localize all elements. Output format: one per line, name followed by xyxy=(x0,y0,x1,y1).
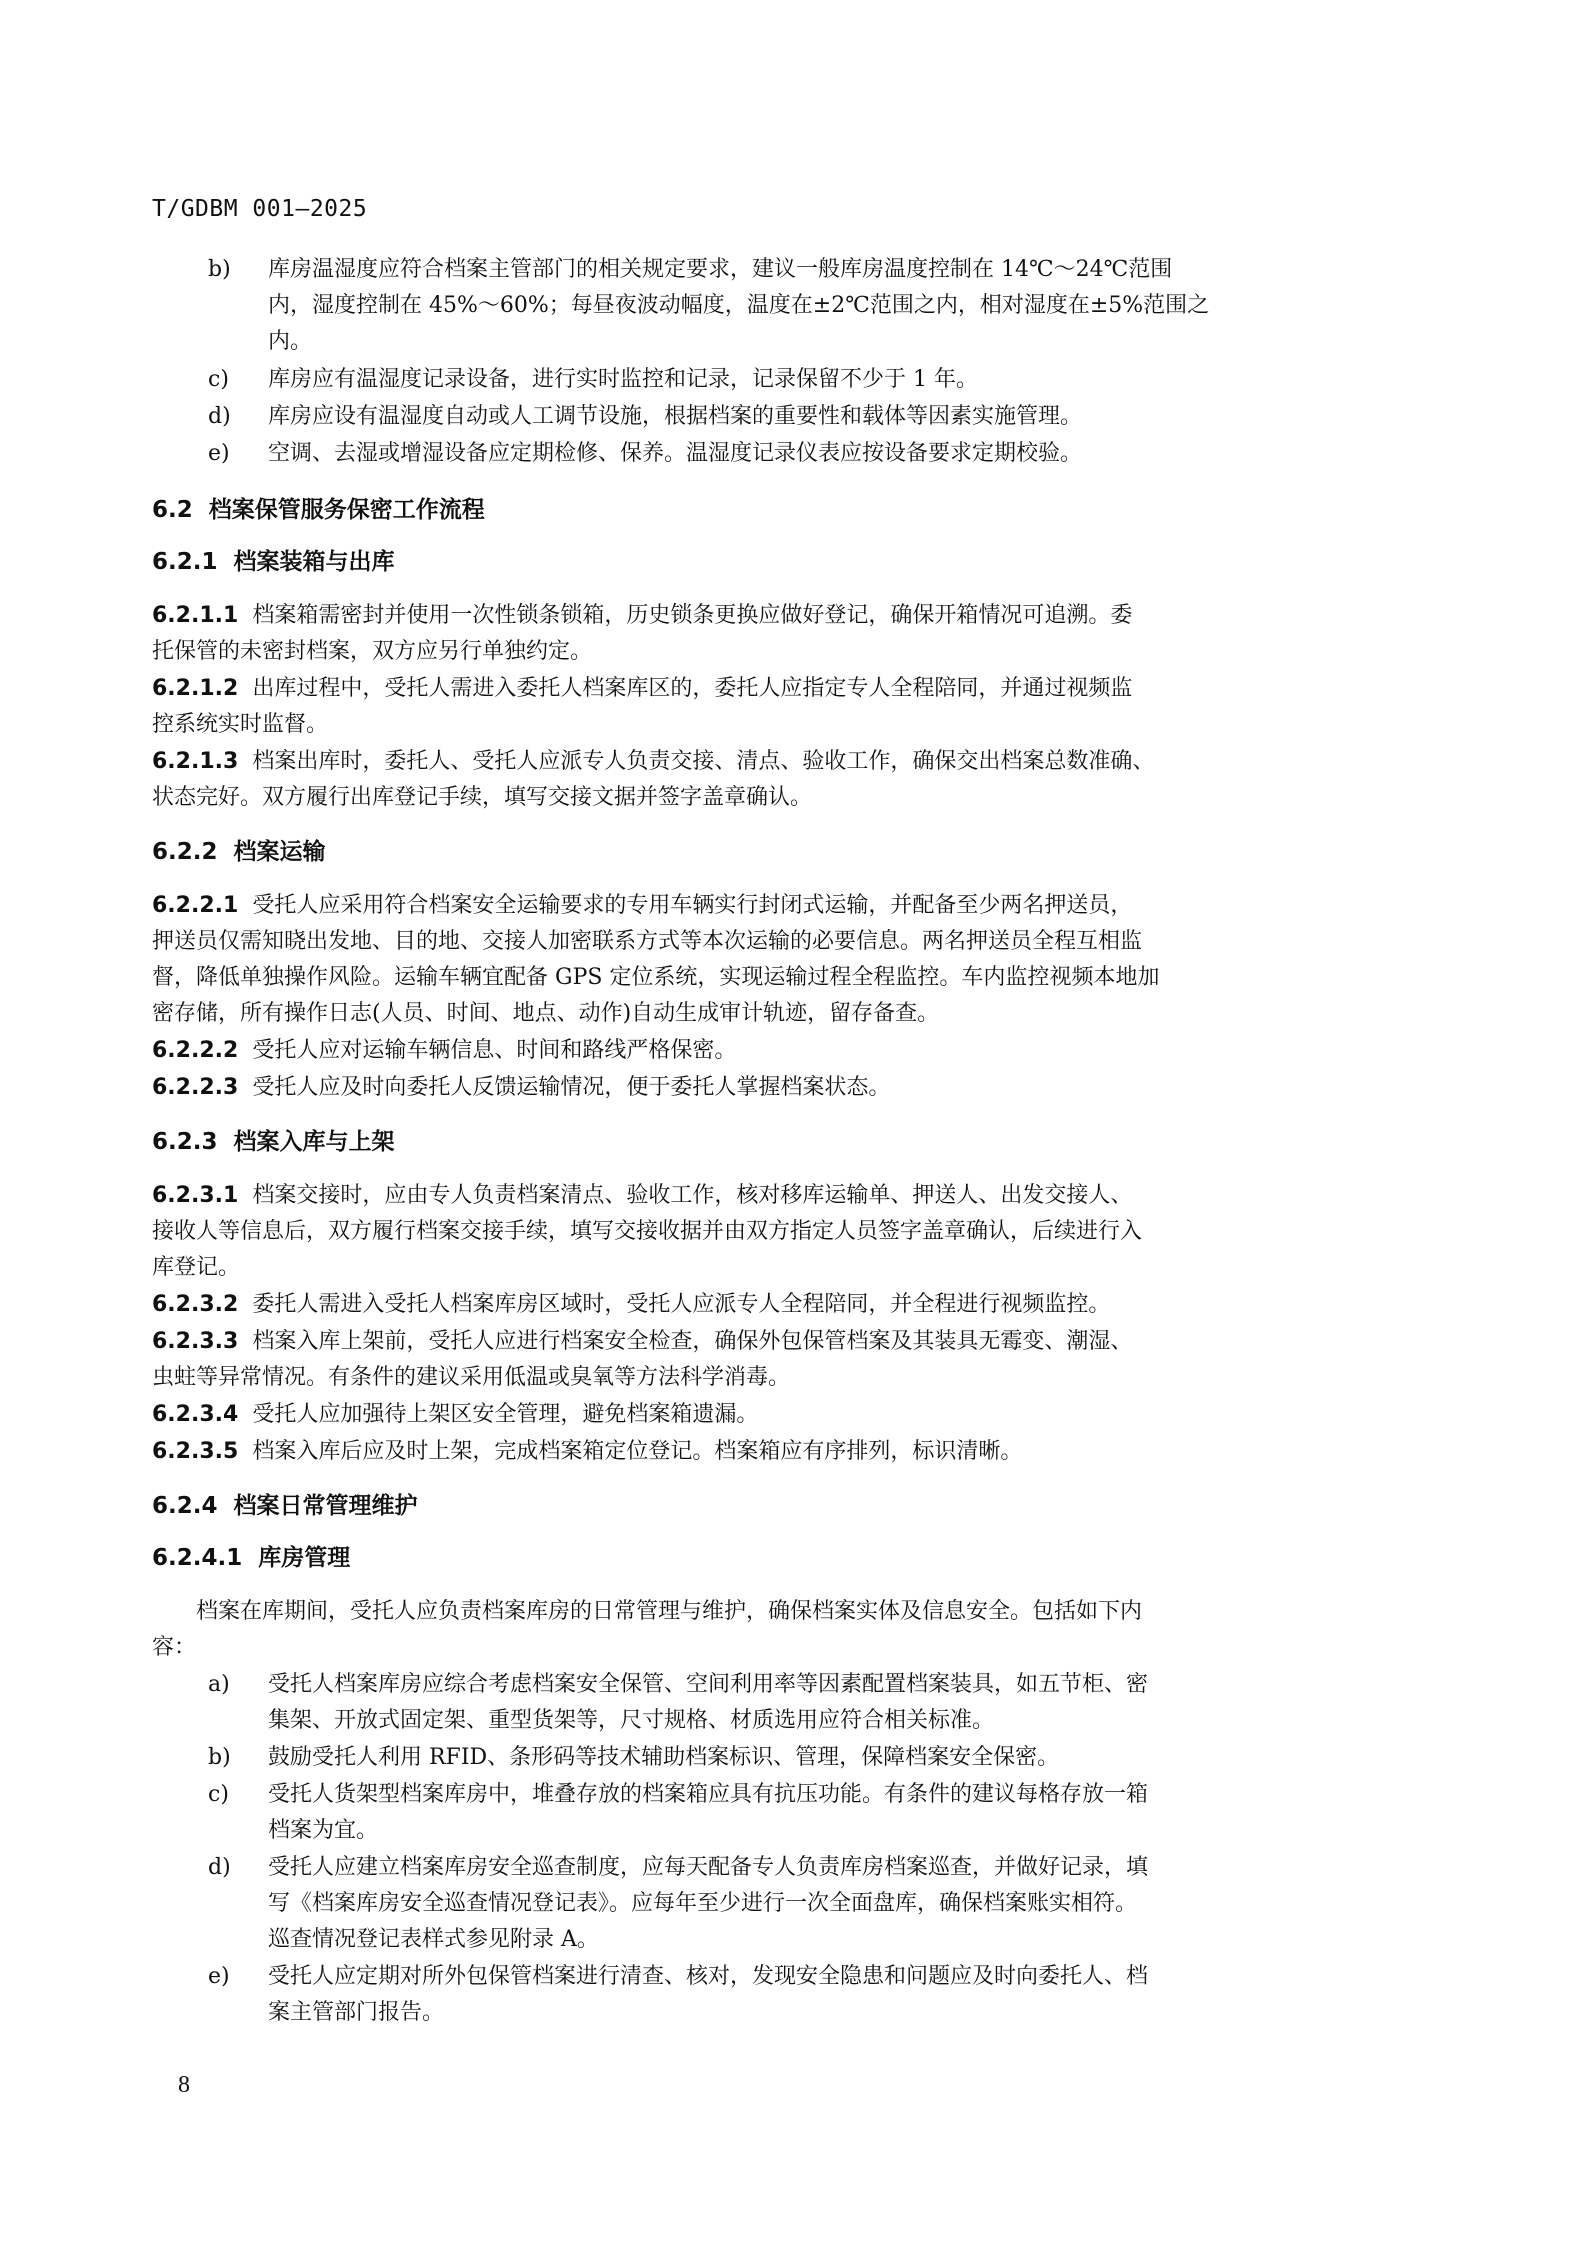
list-item-label: c) xyxy=(208,1777,229,1813)
paragraph-6-2-2-3: 6.2.2.3 受托人应及时向委托人反馈运输情况，便于委托人掌握档案状态。 xyxy=(152,1070,890,1106)
list-item-text: 档案为宜。 xyxy=(268,1813,378,1849)
paragraph-line: 督，降低单独操作风险。运输车辆宜配备 GPS 定位系统，实现运输过程全程监控。车… xyxy=(152,960,1159,996)
paragraph-line: 控系统实时监督。 xyxy=(152,707,328,743)
paragraph-line: 虫蛀等异常情况。有条件的建议采用低温或臭氧等方法科学消毒。 xyxy=(152,1360,790,1396)
list-item-label: c) xyxy=(208,362,229,398)
paragraph-6-2-1-3: 6.2.1.3 档案出库时，委托人、受托人应派专人负责交接、清点、验收工作，确保… xyxy=(152,744,1154,780)
section-heading-6-2-1: 6.2.1 档案装箱与出库 xyxy=(152,544,395,580)
paragraph-line: 状态完好。双方履行出库登记手续，填写交接文据并签字盖章确认。 xyxy=(152,780,812,816)
paragraph-line: 接收人等信息后，双方履行档案交接手续，填写交接收据并由双方指定人员签字盖章确认，… xyxy=(152,1214,1142,1250)
list-item-text: 受托人应建立档案库房安全巡查制度，应每天配备专人负责库房档案巡查，并做好记录，填 xyxy=(268,1850,1148,1886)
list-item-text: 受托人档案库房应综合考虑档案安全保管、空间利用率等因素配置档案装具，如五节柜、密 xyxy=(268,1667,1148,1703)
list-item-text: 内。 xyxy=(268,324,312,360)
list-item-text: 内，湿度控制在 45%～60%；每昼夜波动幅度，温度在±2℃范围之内，相对湿度在… xyxy=(268,288,1209,324)
list-item-label: b) xyxy=(208,1740,231,1776)
paragraph-line: 托保管的未密封档案，双方应另行单独约定。 xyxy=(152,634,592,670)
list-item-text: 库房温湿度应符合档案主管部门的相关规定要求，建议一般库房温度控制在 14℃～24… xyxy=(268,252,1172,288)
paragraph-6-2-2-1: 6.2.2.1 受托人应采用符合档案安全运输要求的专用车辆实行封闭式运输，并配备… xyxy=(152,888,1132,924)
list-item-text: 鼓励受托人利用 RFID、条形码等技术辅助档案标识、管理，保障档案安全保密。 xyxy=(268,1740,1059,1776)
list-item-text: 库房应有温湿度记录设备，进行实时监控和记录，记录保留不少于 1 年。 xyxy=(268,362,978,398)
paragraph-line: 押送员仅需知晓出发地、目的地、交接人加密联系方式等本次运输的必要信息。两名押送员… xyxy=(152,924,1142,960)
section-heading-6-2-2: 6.2.2 档案运输 xyxy=(152,834,326,870)
paragraph-6-2-3-4: 6.2.3.4 受托人应加强待上架区安全管理，避免档案箱遗漏。 xyxy=(152,1397,758,1433)
paragraph-line: 容： xyxy=(152,1630,196,1666)
list-item-text: 巡查情况登记表样式参见附录 A。 xyxy=(268,1922,599,1958)
section-heading-6-2-3: 6.2.3 档案入库与上架 xyxy=(152,1124,395,1160)
paragraph-6-2-3-2: 6.2.3.2 委托人需进入受托人档案库房区域时，受托人应派专人全程陪同，并全程… xyxy=(152,1287,1110,1323)
list-item-label: d) xyxy=(208,399,231,435)
page-number: 8 xyxy=(178,2072,190,2099)
paragraph-6-2-3-3: 6.2.3.3 档案入库上架前，受托人应进行档案安全检查，确保外包保管档案及其装… xyxy=(152,1324,1132,1360)
paragraph-6-2-1-2: 6.2.1.2 出库过程中，受托人需进入委托人档案库区的，委托人应指定专人全程陪… xyxy=(152,671,1132,707)
paragraph-6-2-3-5: 6.2.3.5 档案入库后应及时上架，完成档案箱定位登记。档案箱应有序排列，标识… xyxy=(152,1434,1022,1470)
list-item-label: d) xyxy=(208,1850,231,1886)
paragraph-6-2-1-1: 6.2.1.1 档案箱需密封并使用一次性锁条锁箱，历史锁条更换应做好登记，确保开… xyxy=(152,598,1132,634)
paragraph-6-2-3-1: 6.2.3.1 档案交接时，应由专人负责档案清点、验收工作，核对移库运输单、押送… xyxy=(152,1178,1132,1214)
standard-code-header: T/GDBM 001—2025 xyxy=(152,196,367,222)
section-heading-6-2-4: 6.2.4 档案日常管理维护 xyxy=(152,1488,418,1524)
list-item-text: 写《档案库房安全巡查情况登记表》。应每年至少进行一次全面盘库，确保档案账实相符。 xyxy=(268,1886,1137,1922)
list-item-label: e) xyxy=(208,436,230,472)
section-heading-6-2-4-1: 6.2.4.1 库房管理 xyxy=(152,1540,350,1576)
list-item-text: 库房应设有温湿度自动或人工调节设施，根据档案的重要性和载体等因素实施管理。 xyxy=(268,399,1082,435)
list-item-text: 集架、开放式固定架、重型货架等，尺寸规格、材质选用应符合相关标准。 xyxy=(268,1703,994,1739)
list-item-text: 空调、去湿或增湿设备应定期检修、保养。温湿度记录仪表应按设备要求定期校验。 xyxy=(268,436,1082,472)
paragraph-line: 库登记。 xyxy=(152,1250,240,1286)
list-item-label: a) xyxy=(208,1667,230,1703)
intro-paragraph: 档案在库期间，受托人应负责档案库房的日常管理与维护，确保档案实体及信息安全。包括… xyxy=(196,1594,1142,1630)
list-item-text: 受托人应定期对所外包保管档案进行清查、核对，发现安全隐患和问题应及时向委托人、档 xyxy=(268,1959,1148,1995)
list-item-text: 案主管部门报告。 xyxy=(268,1995,444,2031)
list-item-label: e) xyxy=(208,1959,230,1995)
document-page: T/GDBM 001—2025 b) 库房温湿度应符合档案主管部门的相关规定要求… xyxy=(0,0,1587,2245)
paragraph-6-2-2-2: 6.2.2.2 受托人应对运输车辆信息、时间和路线严格保密。 xyxy=(152,1033,736,1069)
list-item-label: b) xyxy=(208,252,231,288)
list-item-text: 受托人货架型档案库房中，堆叠存放的档案箱应具有抗压功能。有条件的建议每格存放一箱 xyxy=(268,1777,1148,1813)
section-heading-6-2: 6.2 档案保管服务保密工作流程 xyxy=(152,492,485,528)
paragraph-line: 密存储，所有操作日志(人员、时间、地点、动作)自动生成审计轨迹，留存备查。 xyxy=(152,996,939,1032)
